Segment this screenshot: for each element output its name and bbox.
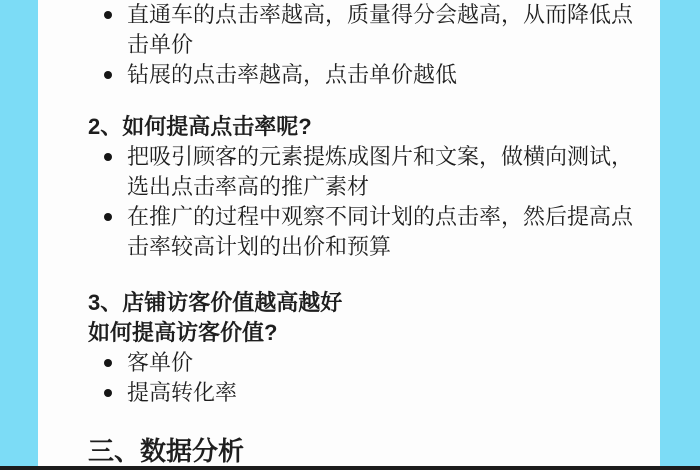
content-area: 直通车的点击率越高，质量得分会越高，从而降低点 击单价 钻展的点击率越高，点击单… [38,0,660,468]
list-item: 提高转化率 [88,378,660,408]
bullet-icon [104,359,112,367]
section-click-price: 直通车的点击率越高，质量得分会越高，从而降低点 击单价 钻展的点击率越高，点击单… [88,0,660,90]
section-heading: 2、如何提高点击率呢? [88,112,660,142]
left-border-bar [0,0,38,470]
bullet-icon [104,389,112,397]
bullet-line: 钻展的点击率越高，点击单价越低 [127,60,660,90]
bullet-icon [104,71,112,79]
bullet-line: 客单价 [127,348,660,378]
section-heading-data-analysis: 三、数据分析 [88,434,660,468]
infographic-card: 直通车的点击率越高，质量得分会越高，从而降低点 击单价 钻展的点击率越高，点击单… [0,0,700,470]
bullet-line: 直通车的点击率越高，质量得分会越高，从而降低点 [127,0,660,30]
section-subheading: 如何提高访客价值? [88,318,660,348]
section-heading: 3、店铺访客价值越高越好 [88,288,660,318]
bullet-line: 击单价 [127,30,660,60]
bullet-line: 把吸引顾客的元素提炼成图片和文案，做横向测试， [127,142,660,172]
section-visitor-value: 3、店铺访客价值越高越好 如何提高访客价值? 客单价 提高转化率 [88,288,660,408]
list-item: 把吸引顾客的元素提炼成图片和文案，做横向测试， 选出点击率高的推广素材 [88,142,660,202]
bullet-line: 选出点击率高的推广素材 [127,172,660,202]
bullet-icon [104,153,112,161]
right-border-bar [660,0,700,470]
bullet-line: 在推广的过程中观察不同计划的点击率，然后提高点 [127,202,660,232]
bullet-icon [104,213,112,221]
bullet-line: 击率较高计划的出价和预算 [127,232,660,262]
list-item: 在推广的过程中观察不同计划的点击率，然后提高点 击率较高计划的出价和预算 [88,202,660,262]
bullet-icon [104,11,112,19]
list-item: 钻展的点击率越高，点击单价越低 [88,60,660,90]
list-item: 客单价 [88,348,660,378]
list-item: 直通车的点击率越高，质量得分会越高，从而降低点 击单价 [88,0,660,60]
bullet-line: 提高转化率 [127,378,660,408]
bottom-dark-strip [0,466,700,470]
section-improve-ctr: 2、如何提高点击率呢? 把吸引顾客的元素提炼成图片和文案，做横向测试， 选出点击… [88,112,660,262]
